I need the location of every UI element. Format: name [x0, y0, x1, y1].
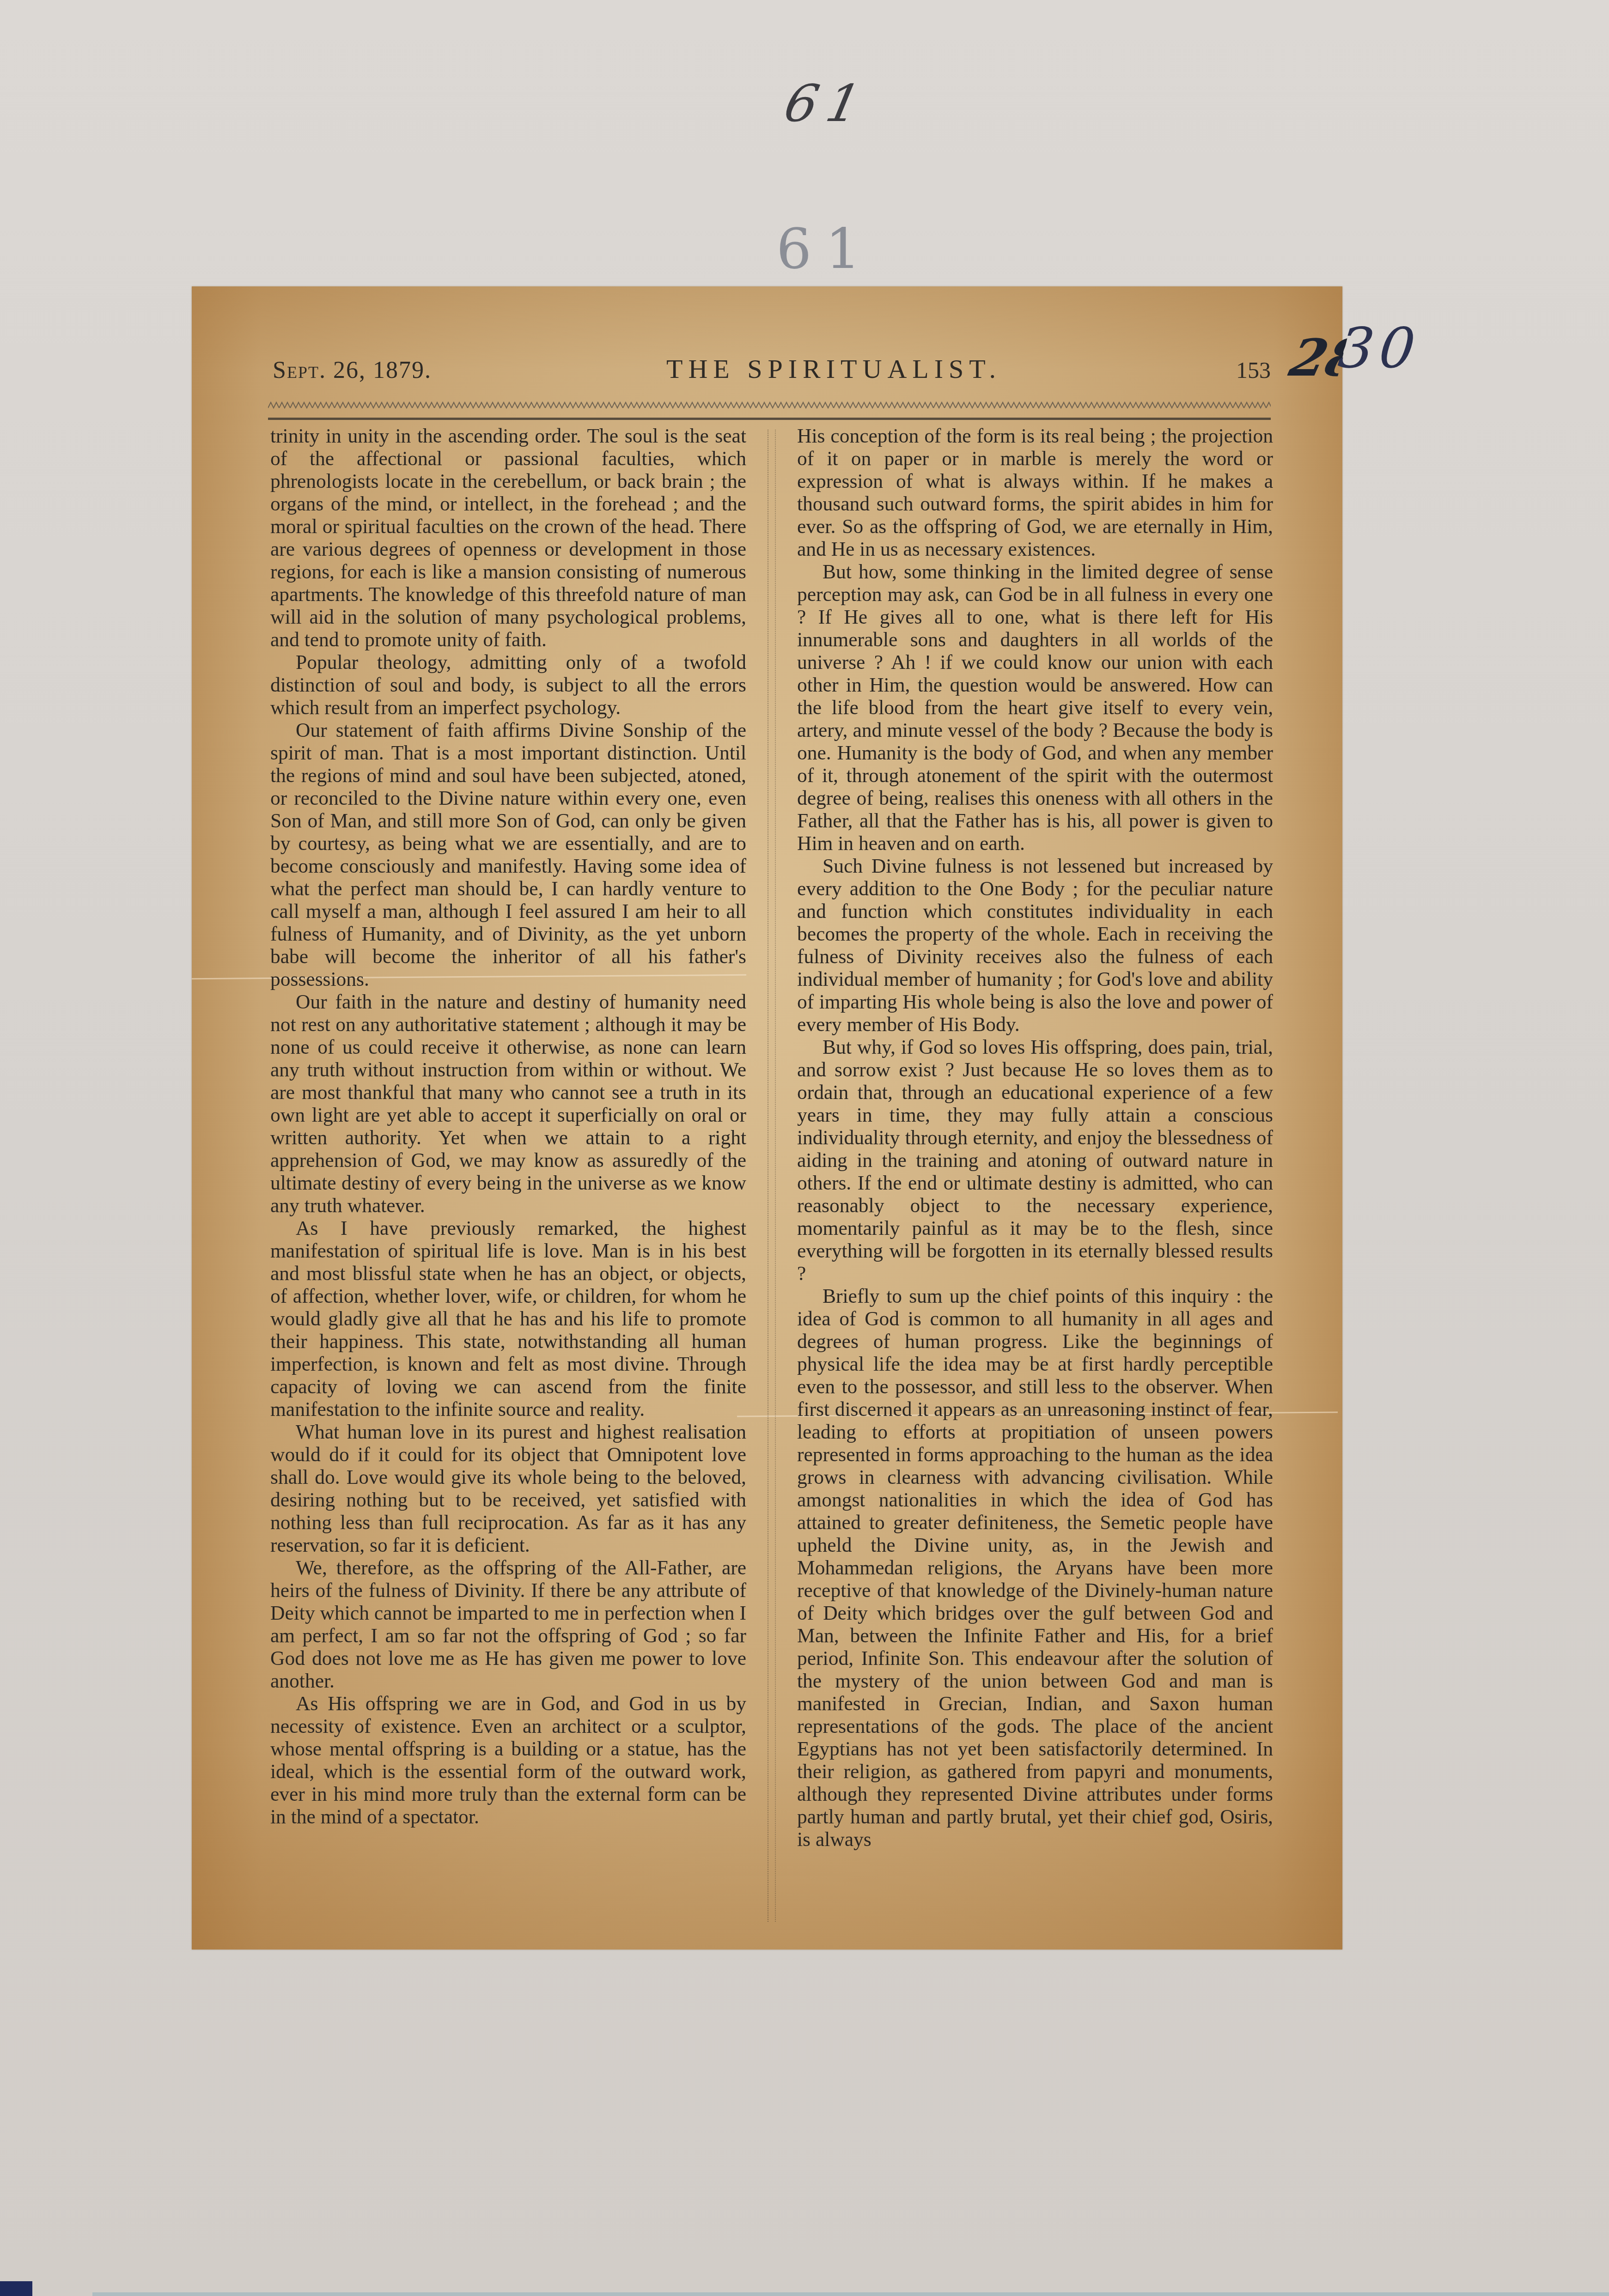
ink-annotation-number: 30: [1335, 316, 1424, 381]
paragraph: What human love in its purest and highes…: [270, 1421, 746, 1557]
paragraph: But how, some thinking in the limited de…: [797, 561, 1273, 855]
right-column: His conception of the form is its real b…: [797, 425, 1273, 1922]
blue-corner-tab: [0, 2281, 32, 2296]
article-body: trinity in unity in the ascending order.…: [270, 425, 1273, 1922]
page-number: 153: [1236, 357, 1271, 383]
paragraph: But why, if God so loves His offspring, …: [797, 1036, 1273, 1285]
paragraph: Our faith in the nature and destiny of h…: [270, 991, 746, 1217]
paragraph: Popular theology, admitting only of a tw…: [270, 651, 746, 719]
decorative-wavy-rule: [268, 400, 1271, 411]
header-rule: [268, 418, 1271, 420]
paragraph: Such Divine fulness is not lessened but …: [797, 855, 1273, 1036]
paragraph: His conception of the form is its real b…: [797, 425, 1273, 561]
paragraph: Briefly to sum up the chief points of th…: [797, 1285, 1273, 1851]
left-column: trinity in unity in the ascending order.…: [270, 425, 746, 1922]
newspaper-clipping: Sept. 26, 1879. THE SPIRITUALIST. 30 153…: [192, 286, 1342, 1950]
publication-title: THE SPIRITUALIST. 30: [666, 353, 1001, 384]
column-divider: [768, 430, 776, 1922]
publication-title-text: THE SPIRITUALIST.: [666, 354, 1001, 384]
pencil-folio-number-mid: 61: [776, 217, 875, 281]
paragraph: Our statement of faith affirms Divine So…: [270, 719, 746, 991]
paragraph: We, therefore, as the offspring of the A…: [270, 1557, 746, 1693]
paragraph: trinity in unity in the ascending order.…: [270, 425, 746, 651]
running-head: Sept. 26, 1879. THE SPIRITUALIST. 30 153: [273, 353, 1271, 390]
archival-mount-board: 61 61 Sept. 26, 1879. THE SPIRITUALIST. …: [0, 0, 1609, 2296]
mount-edge-strip: [92, 2292, 1609, 2296]
paragraph: As His offspring we are in God, and God …: [270, 1693, 746, 1828]
pencil-folio-number-top: 61: [779, 74, 875, 133]
paragraph: As I have previously remarked, the highe…: [270, 1217, 746, 1421]
issue-date: Sept. 26, 1879.: [273, 357, 432, 384]
